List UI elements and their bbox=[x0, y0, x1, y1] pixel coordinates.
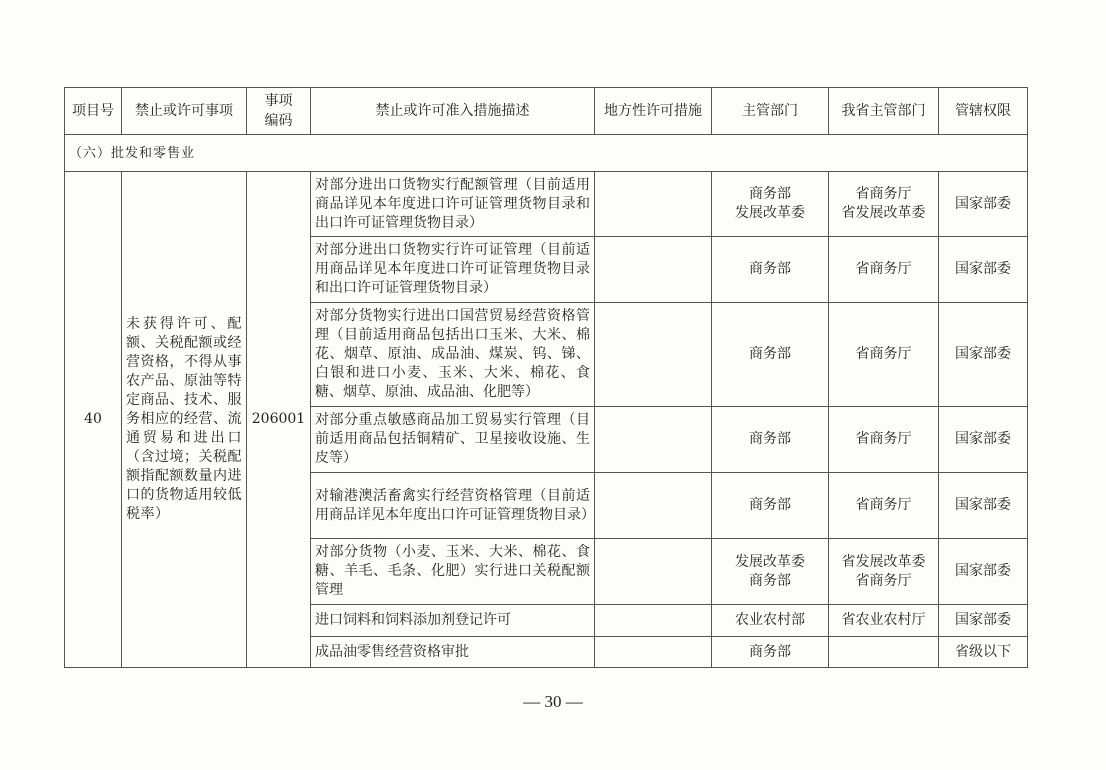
measure-description: 对部分重点敏感商品加工贸易实行管理（目前适用商品包括铜精矿、卫星接收设施、生皮等… bbox=[311, 407, 595, 473]
provincial-department bbox=[829, 637, 939, 668]
measure-description: 对输港澳活畜禽实行经营资格管理（目前适用商品详见本年度出口许可证管理货物目录） bbox=[311, 473, 595, 539]
header-matter: 禁止或许可事项 bbox=[122, 88, 247, 135]
header-row: 项目号 禁止或许可事项 事项 编码 禁止或许可准入措施描述 地方性许可措施 主管… bbox=[65, 88, 1028, 135]
department: 商务部 bbox=[712, 407, 829, 473]
jurisdiction: 国家部委 bbox=[939, 605, 1028, 637]
jurisdiction: 国家部委 bbox=[939, 172, 1028, 237]
local-measure bbox=[595, 303, 712, 407]
department: 商务部 bbox=[712, 237, 829, 303]
jurisdiction: 国家部委 bbox=[939, 237, 1028, 303]
measure-description: 对部分货物实行进出口国营贸易经营资格管理（目前适用商品包括出口玉米、大米、棉花、… bbox=[311, 303, 595, 407]
header-jurisdiction: 管辖权限 bbox=[939, 88, 1028, 135]
local-measure bbox=[595, 637, 712, 668]
provincial-department: 省商务厅 bbox=[829, 407, 939, 473]
measure-description: 成品油零售经营资格审批 bbox=[311, 637, 595, 668]
measure-description: 对部分货物（小麦、玉米、大米、棉花、食糖、羊毛、毛条、化肥）实行进口关税配额管理 bbox=[311, 539, 595, 605]
measure-description: 对部分进出口货物实行配额管理（目前适用商品详见本年度进口许可证管理货物目录和出口… bbox=[311, 172, 595, 237]
provincial-department: 省商务厅 bbox=[829, 303, 939, 407]
department: 农业农村部 bbox=[712, 605, 829, 637]
document-page: 项目号 禁止或许可事项 事项 编码 禁止或许可准入措施描述 地方性许可措施 主管… bbox=[0, 0, 1106, 770]
provincial-department: 省农业农村厅 bbox=[829, 605, 939, 637]
permit-table: 项目号 禁止或许可事项 事项 编码 禁止或许可准入措施描述 地方性许可措施 主管… bbox=[64, 87, 1028, 668]
header-department: 主管部门 bbox=[712, 88, 829, 135]
section-row: （六）批发和零售业 bbox=[65, 135, 1028, 172]
local-measure bbox=[595, 407, 712, 473]
section-title: （六）批发和零售业 bbox=[65, 135, 1028, 172]
jurisdiction: 国家部委 bbox=[939, 473, 1028, 539]
provincial-department: 省商务厅 bbox=[829, 237, 939, 303]
provincial-department: 省商务厅 bbox=[829, 473, 939, 539]
department: 商务部 bbox=[712, 473, 829, 539]
department: 商务部 bbox=[712, 303, 829, 407]
header-code: 事项 编码 bbox=[247, 88, 311, 135]
jurisdiction: 国家部委 bbox=[939, 407, 1028, 473]
local-measure bbox=[595, 605, 712, 637]
page-number: — 30 — bbox=[0, 692, 1106, 712]
local-measure bbox=[595, 237, 712, 303]
table-row: 40 未获得许可、配额、关税配额或经营资格，不得从事农产品、原油等特定商品、技术… bbox=[65, 172, 1028, 237]
header-local-measure: 地方性许可措施 bbox=[595, 88, 712, 135]
item-code: 206001 bbox=[247, 172, 311, 668]
jurisdiction: 国家部委 bbox=[939, 303, 1028, 407]
measure-description: 对部分进出口货物实行许可证管理（目前适用商品详见本年度进口许可证管理货物目录和出… bbox=[311, 237, 595, 303]
department: 商务部 bbox=[712, 637, 829, 668]
local-measure bbox=[595, 473, 712, 539]
department: 商务部 发展改革委 bbox=[712, 172, 829, 237]
department: 发展改革委 商务部 bbox=[712, 539, 829, 605]
measure-description: 进口饲料和饲料添加剂登记许可 bbox=[311, 605, 595, 637]
item-title: 未获得许可、配额、关税配额或经营资格，不得从事农产品、原油等特定商品、技术、服务… bbox=[122, 172, 247, 668]
provincial-department: 省发展改革委 省商务厅 bbox=[829, 539, 939, 605]
provincial-department: 省商务厅 省发展改革委 bbox=[829, 172, 939, 237]
local-measure bbox=[595, 539, 712, 605]
header-item-number: 项目号 bbox=[65, 88, 122, 135]
item-number: 40 bbox=[65, 172, 122, 668]
header-provincial-department: 我省主管部门 bbox=[829, 88, 939, 135]
jurisdiction: 省级以下 bbox=[939, 637, 1028, 668]
jurisdiction: 国家部委 bbox=[939, 539, 1028, 605]
local-measure bbox=[595, 172, 712, 237]
header-description: 禁止或许可准入措施描述 bbox=[311, 88, 595, 135]
